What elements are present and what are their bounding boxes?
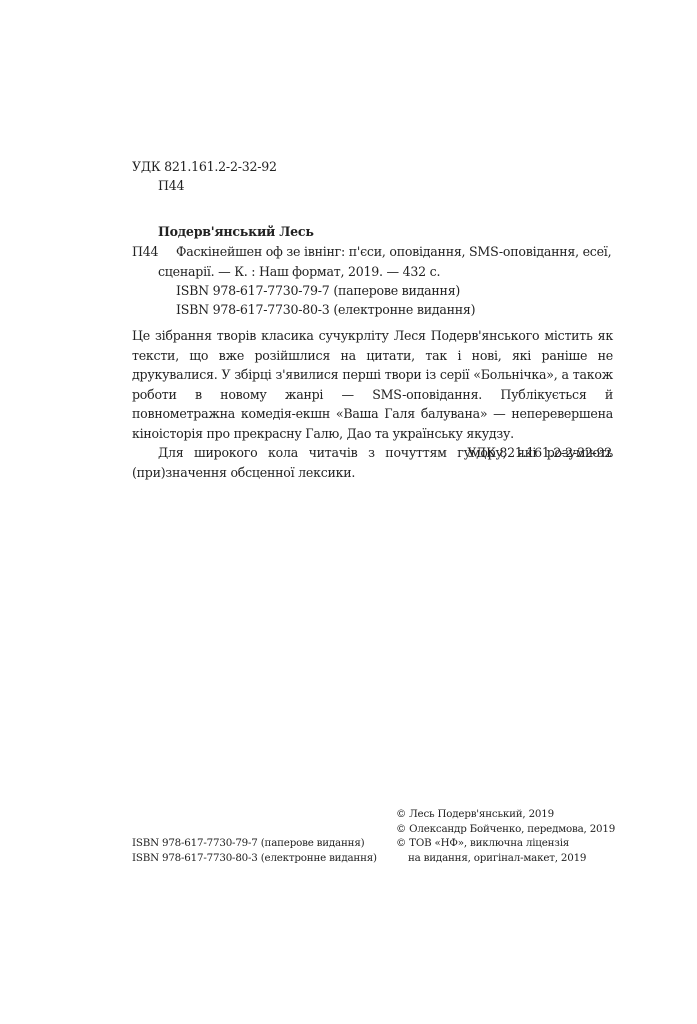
footer-isbn-electronic: ISBN 978-617-7730-80-3 (електронне видан… <box>132 851 377 866</box>
footer-isbn-block: ISBN 978-617-7730-79-7 (паперове видання… <box>132 836 377 865</box>
annotation-udk: УДК 821.161.2-2-32-92 <box>467 443 612 463</box>
copyright-block: © Лесь Подерв'янський, 2019 © Олександр … <box>396 807 615 865</box>
copyright-foreword: © Олександр Бойченко, передмова, 2019 <box>396 822 615 837</box>
copyright-author: © Лесь Подерв'янський, 2019 <box>396 807 615 822</box>
isbn-electronic: ISBN 978-617-7730-80-3 (електронне видан… <box>176 300 475 320</box>
title-line-2: сценарії. — К. : Наш формат, 2019. — 432… <box>158 262 440 282</box>
title-line-1: Фаскінейшен оф зе івнінг: п'єси, оповіда… <box>176 242 611 262</box>
copyright-publisher: © ТОВ «НФ», виключна ліцензія <box>396 836 615 851</box>
isbn-paper: ISBN 978-617-7730-79-7 (паперове видання… <box>176 281 460 301</box>
author-name: Подерв'янський Лесь <box>158 222 314 242</box>
author-mark-index: П44 <box>132 242 158 262</box>
footer-isbn-paper: ISBN 978-617-7730-79-7 (паперове видання… <box>132 836 377 851</box>
author-mark: П44 <box>158 176 184 196</box>
annotation-paragraph-1: Це зібрання творів класика сучукрліту Ле… <box>132 326 613 443</box>
copyright-publisher-continuation: на видання, оригінал-макет, 2019 <box>396 851 615 866</box>
udk-code: УДК 821.161.2-2-32-92 <box>132 157 277 177</box>
